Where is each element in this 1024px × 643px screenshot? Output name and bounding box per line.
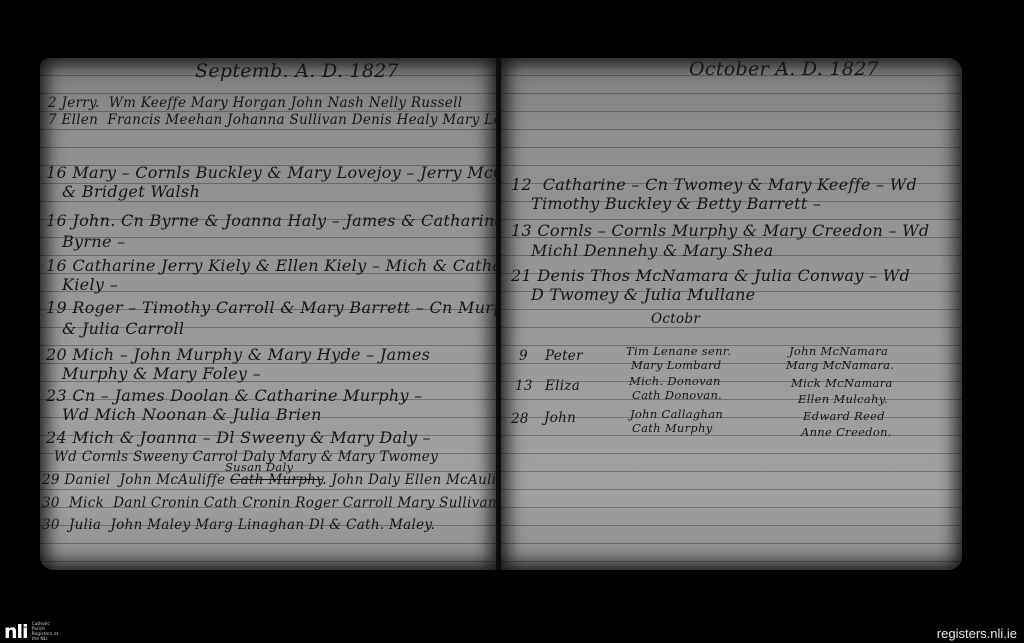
table-row-parent: John Callaghan bbox=[630, 407, 723, 421]
record-line: 29 Daniel John McAuliffe Cath Murphy. Jo… bbox=[42, 472, 515, 488]
record-line: 13 Cornls – Cornls Murphy & Mary Creedon… bbox=[511, 221, 929, 240]
table-row-parent: Mich. Donovan bbox=[629, 374, 721, 388]
right-page-header: October A. D. 1827 bbox=[689, 58, 879, 80]
table-row-sponsor: Ellen Mulcahy. bbox=[798, 392, 888, 406]
table-row-sponsor: Anne Creedon. bbox=[801, 425, 892, 439]
record-line: Michl Dennehy & Mary Shea bbox=[531, 241, 774, 260]
record-line: D Twomey & Julia Mullane bbox=[531, 285, 755, 304]
table-row-parent: Mary Lombard bbox=[631, 358, 721, 372]
record-line: 23 Cn – James Doolan & Catharine Murphy … bbox=[46, 386, 423, 405]
nli-logo-mark: nli bbox=[4, 623, 28, 642]
nli-logo-text: Catholic Parish Registers at the NLI bbox=[32, 622, 62, 642]
right-page: October A. D. 1827 12 Catharine – Cn Two… bbox=[501, 58, 962, 570]
table-row-parent: Tim Lenane senr. bbox=[626, 344, 731, 358]
left-page-header: Septemb. A. D. 1827 bbox=[195, 60, 399, 82]
site-link[interactable]: registers.nli.ie bbox=[937, 626, 1017, 641]
table-row-sponsor: John McNamara bbox=[789, 344, 888, 358]
record-line: 30 Mick Danl Cronin Cath Cronin Roger Ca… bbox=[42, 495, 497, 511]
record-line: 21 Denis Thos McNamara & Julia Conway – … bbox=[511, 266, 910, 285]
record-line: 2 Jerry. Wm Keeffe Mary Horgan John Nash… bbox=[48, 95, 462, 111]
record-line: Byrne – bbox=[62, 232, 125, 251]
record-line: 30 Julia John Maley Marg Linaghan Dl & C… bbox=[42, 517, 435, 533]
table-row-sponsor: Mick McNamara bbox=[791, 376, 893, 390]
record-line: 16 Mary – Cornls Buckley & Mary Lovejoy … bbox=[46, 163, 526, 182]
table-row-day: 13 bbox=[515, 378, 533, 394]
record-line: 24 Mich & Joanna – Dl Sweeny & Mary Daly… bbox=[46, 428, 431, 447]
table-row-sponsor: Edward Reed bbox=[803, 409, 885, 423]
record-line: Wd Mich Noonan & Julia Brien bbox=[62, 405, 322, 424]
record-line: 12 Catharine – Cn Twomey & Mary Keeffe –… bbox=[511, 175, 917, 194]
month-subheader: Octobr bbox=[651, 311, 700, 327]
record-line: 19 Roger – Timothy Carroll & Mary Barret… bbox=[46, 298, 524, 317]
nli-logo[interactable]: nli Catholic Parish Registers at the NLI bbox=[4, 622, 62, 642]
table-row-sponsor: Marg McNamara. bbox=[786, 358, 894, 372]
table-row-parent: Cath Donovan. bbox=[632, 388, 722, 402]
table-row-name: Peter bbox=[545, 348, 583, 364]
record-line: 7 Ellen Francis Meehan Johanna Sullivan … bbox=[48, 112, 525, 128]
record-line: Murphy & Mary Foley – bbox=[62, 364, 261, 383]
table-row-name: John bbox=[544, 410, 576, 426]
record-line: & Bridget Walsh bbox=[62, 182, 200, 201]
record-line: Timothy Buckley & Betty Barrett – bbox=[531, 194, 821, 213]
record-line: Kiely – bbox=[62, 275, 118, 294]
table-row-parent: Cath Murphy bbox=[632, 421, 713, 435]
record-line: 16 Catharine Jerry Kiely & Ellen Kiely –… bbox=[46, 256, 536, 275]
table-row-day: 9 bbox=[519, 348, 528, 364]
register-image-viewer[interactable]: Septemb. A. D. 1827 2 Jerry. Wm Keeffe M… bbox=[0, 0, 1024, 643]
table-row-name: Eliza bbox=[545, 378, 580, 394]
record-line: 16 John. Cn Byrne & Joanna Haly – James … bbox=[46, 211, 504, 230]
record-line: 20 Mich – John Murphy & Mary Hyde – Jame… bbox=[46, 345, 430, 364]
table-row-day: 28 bbox=[511, 411, 529, 427]
left-page: Septemb. A. D. 1827 2 Jerry. Wm Keeffe M… bbox=[40, 58, 497, 570]
struck-text: Cath Murphy bbox=[230, 472, 322, 488]
record-line: & Julia Carroll bbox=[62, 319, 184, 338]
